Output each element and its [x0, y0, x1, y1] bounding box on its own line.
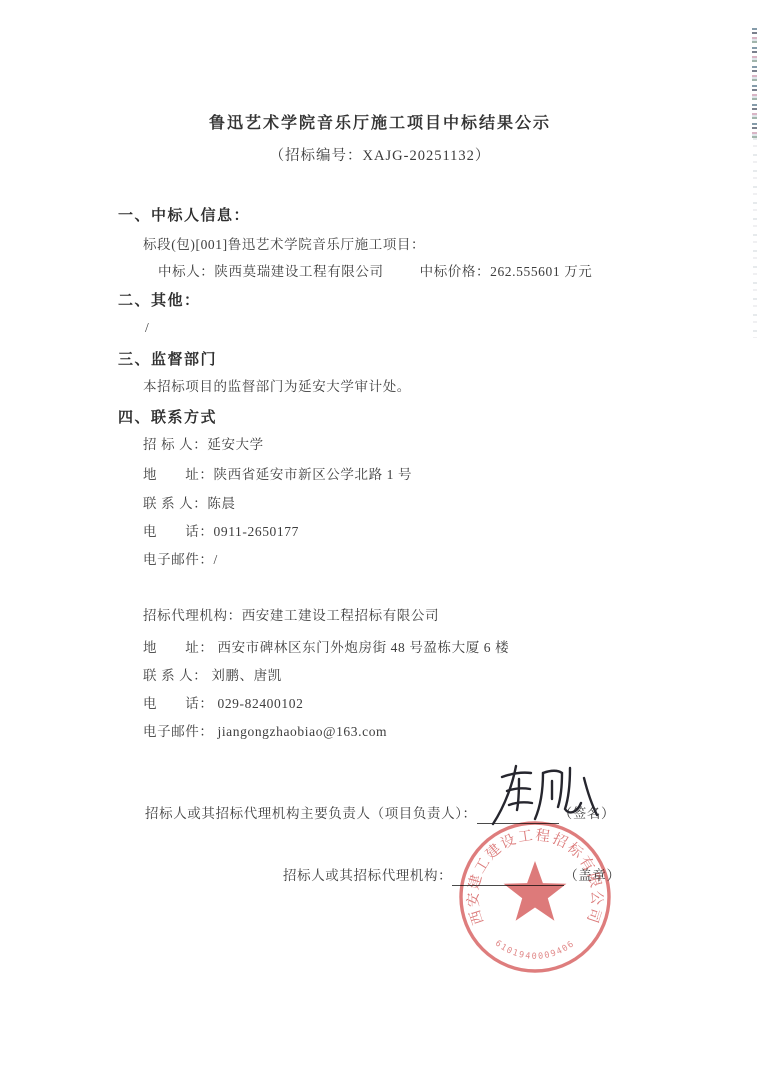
- contact-row-agency: 电子邮件： jiangongzhaobiao@163.com: [143, 722, 387, 742]
- field-value: 陕西省延安市新区公学北路 1 号: [214, 467, 413, 482]
- section-heading-winner: 一、中标人信息：: [118, 204, 250, 225]
- price-value: 262.555601 万元: [490, 264, 592, 279]
- org-label: 招标人或其招标代理机构：: [283, 868, 452, 883]
- field-label: 地 址：: [143, 467, 214, 482]
- winner-name: 陕西莫瑞建设工程有限公司: [214, 264, 383, 279]
- scan-edge-artifact-faint: [753, 138, 757, 338]
- field-value: 029-82400102: [214, 696, 304, 711]
- lot-line: 标段(包)[001]鲁迅艺术学院音乐厅施工项目：: [143, 235, 425, 255]
- contact-row-tenderer: 联 系 人：陈晨: [143, 494, 236, 514]
- field-value: 西安市碑林区东门外炮房街 48 号盈栋大厦 6 楼: [214, 640, 510, 655]
- seal-number-text: 6101940009406: [493, 939, 577, 962]
- winner-row: 中标人：陕西莫瑞建设工程有限公司中标价格：262.555601 万元: [158, 262, 592, 282]
- contact-row-tenderer: 电 话：0911-2650177: [143, 522, 299, 542]
- document-page: 鲁迅艺术学院音乐厅施工项目中标结果公示 （招标编号：XAJG-20251132）…: [0, 0, 760, 1071]
- field-label: 电子邮件：: [143, 724, 214, 739]
- section-heading-contact: 四、联系方式: [118, 406, 217, 427]
- field-value: jiangongzhaobiao@163.com: [214, 724, 388, 739]
- supervision-content: 本招标项目的监督部门为延安大学审计处。: [143, 377, 411, 397]
- tender-number: （招标编号：XAJG-20251132）: [0, 144, 760, 165]
- field-value: 延安大学: [207, 437, 263, 452]
- section-heading-other: 二、其他：: [118, 289, 201, 310]
- field-label: 联 系 人：: [143, 668, 207, 683]
- field-label: 招 标 人：: [143, 437, 207, 452]
- contact-row-agency: 电 话： 029-82400102: [143, 694, 303, 714]
- other-content: /: [145, 318, 149, 338]
- field-value: 刘鹏、唐凯: [207, 668, 281, 683]
- field-label: 地 址：: [143, 640, 214, 655]
- field-label: 招标代理机构：: [143, 608, 242, 623]
- seal-star-icon: [504, 861, 567, 921]
- contact-row-agency: 招标代理机构：西安建工建设工程招标有限公司: [143, 606, 439, 626]
- price-label: 中标价格：: [420, 264, 491, 279]
- field-label: 联 系 人：: [143, 496, 207, 511]
- field-value: 0911-2650177: [214, 524, 299, 539]
- field-value: /: [214, 552, 218, 567]
- field-label: 电 话：: [143, 696, 214, 711]
- principal-label: 招标人或其招标代理机构主要负责人（项目负责人）：: [145, 806, 477, 821]
- contact-row-agency: 联 系 人： 刘鹏、唐凯: [143, 666, 282, 686]
- winner-label: 中标人：: [158, 264, 214, 279]
- field-value: 陈晨: [207, 496, 235, 511]
- page-title: 鲁迅艺术学院音乐厅施工项目中标结果公示: [0, 110, 760, 133]
- field-value: 西安建工建设工程招标有限公司: [242, 608, 439, 623]
- field-label: 电 话：: [143, 524, 214, 539]
- contact-row-tenderer: 地 址：陕西省延安市新区公学北路 1 号: [143, 465, 412, 485]
- company-seal: 西安建工建设工程招标有限公司 6101940009406: [450, 816, 620, 986]
- contact-row-tenderer: 招 标 人：延安大学: [143, 435, 264, 455]
- field-label: 电子邮件：: [143, 552, 214, 567]
- contact-row-tenderer: 电子邮件：/: [143, 550, 218, 570]
- section-heading-supervision: 三、监督部门: [118, 348, 217, 369]
- contact-row-agency: 地 址： 西安市碑林区东门外炮房街 48 号盈栋大厦 6 楼: [143, 638, 509, 658]
